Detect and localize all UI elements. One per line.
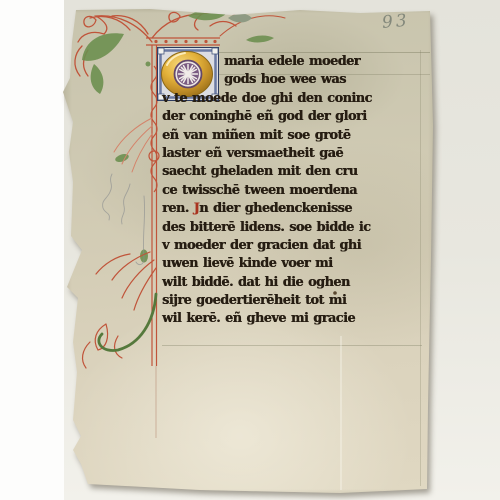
text-block: maria edele moedergods hoe wee wasv te m…	[162, 53, 392, 329]
text-segment: gods hoe wee was	[224, 72, 346, 87]
text-segment: des bitterē lidens. soe bidde ic	[162, 220, 370, 235]
ruling-line-bottom	[162, 345, 422, 346]
text-segment: wilt biddē. dat hi die oghen	[162, 275, 350, 290]
penwork-margin-fan	[114, 118, 152, 172]
text-segment: der coninghē eñ god der glori	[162, 109, 366, 124]
parchment-crease	[340, 336, 342, 490]
text-line: wilt biddē. dat hi die oghen	[162, 274, 392, 292]
text-line: v moeder der gracien dat ghi	[162, 237, 392, 255]
text-segment: laster eñ versmaetheit gaē	[162, 146, 343, 161]
text-segment: n dier ghedenckenisse	[199, 201, 352, 216]
text-segment: saecht gheladen mit den cru	[162, 164, 357, 179]
penwork-gray-leaf	[228, 14, 252, 23]
folio-number: 93	[381, 9, 427, 33]
text-line: des bitterē lidens. soe bidde ic	[162, 219, 392, 237]
text-line: der coninghē eñ god der glori	[162, 108, 392, 126]
text-segment: maria edele moeder	[224, 54, 360, 69]
text-line: maria edele moeder	[162, 53, 392, 71]
text-line: gods hoe wee was	[162, 71, 392, 89]
text-lines: maria edele moedergods hoe wee wasv te m…	[162, 53, 392, 329]
text-line: eñ van miñen mit soe grotē	[162, 127, 392, 145]
penwork-bottom-terminal	[83, 252, 156, 368]
text-segment: ce twisschē tween moerdena	[162, 183, 357, 198]
penwork-bar-beads	[154, 40, 216, 43]
text-segment: ren.	[162, 201, 194, 216]
text-line: v te moede doe ghi den coninc	[162, 90, 392, 108]
penwork-green-vine-terminal	[99, 294, 156, 351]
manuscript-leaf: O	[60, 6, 438, 498]
text-segment: eñ van miñen mit soe grotē	[162, 128, 350, 143]
text-segment: uwen lievē kinde voer mi	[162, 256, 332, 271]
text-segment: v moeder der gracien dat ghi	[162, 238, 361, 253]
photo-background: O	[0, 0, 500, 500]
text-line: ce twisschē tween moerdena	[162, 182, 392, 200]
text-line: sijre goedertierēheit tot mi	[162, 292, 392, 310]
text-line: uwen lievē kinde voer mi	[162, 255, 392, 273]
text-line: ren. Jn dier ghedenckenisse	[162, 200, 392, 218]
text-segment: wil kerē. eñ gheve mi gracie	[162, 311, 355, 326]
text-segment: v te moede doe ghi den coninc	[162, 91, 372, 106]
show-through-squiggles	[103, 174, 145, 265]
text-line: wil kerē. eñ gheve mi gracie	[162, 310, 392, 328]
text-line: laster eñ versmaetheit gaē	[162, 145, 392, 163]
text-segment: sijre goedertierēheit tot mi	[162, 293, 346, 308]
ruling-line-right-margin	[420, 50, 421, 486]
white-mat-strip	[0, 0, 64, 500]
parchment: O	[60, 6, 438, 498]
text-line: saecht gheladen mit den cru	[162, 163, 392, 181]
